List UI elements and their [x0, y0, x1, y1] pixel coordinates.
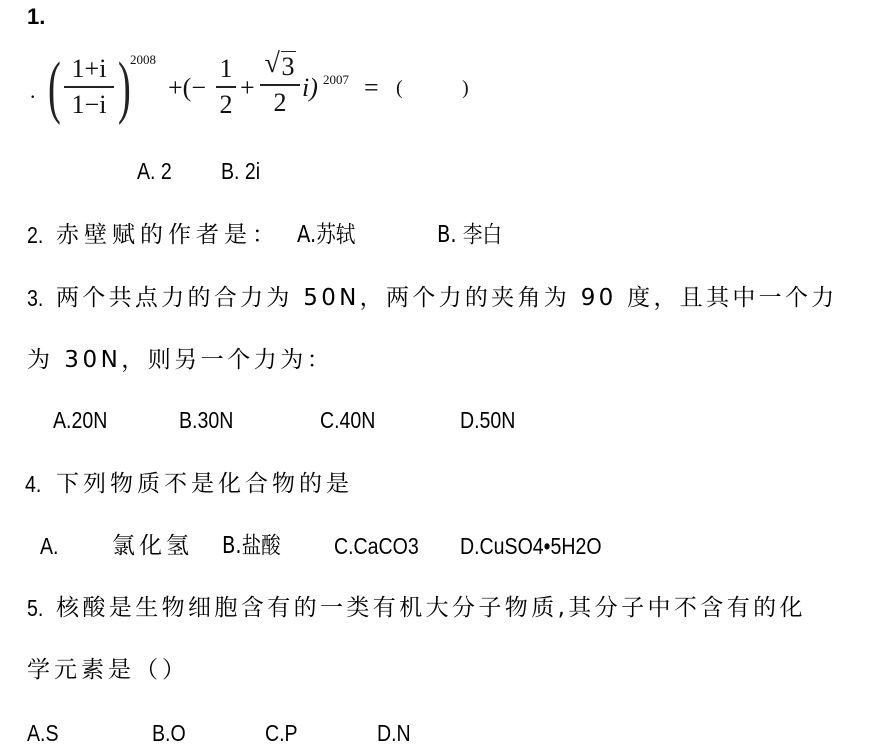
question-2-number: 2. — [27, 220, 43, 250]
question-4-number: 4. — [25, 469, 41, 499]
formula-exponent-2007: 2007 — [323, 72, 349, 88]
question-4-option-d[interactable]: D.CuSO4•5H2O — [460, 531, 602, 561]
question-5-option-b[interactable]: B.O — [152, 718, 186, 748]
question-3-option-c[interactable]: C.40N — [320, 405, 375, 435]
question-1-formula: . ( 1+i 1−i ) 2008 +(− 1 2 + 3 2 i) 2007… — [30, 48, 500, 134]
question-5-number: 5. — [27, 593, 43, 623]
question-3-option-b[interactable]: B.30N — [179, 405, 233, 435]
question-1-option-b[interactable]: B. 2i — [221, 156, 260, 186]
question-4-option-a-text[interactable]: 氯化氢 — [112, 531, 193, 561]
answer-blank-open: ( — [396, 73, 403, 103]
question-3-text-line-1: 两个共点力的合力为 50N，两个力的夹角为 90 度，且其中一个力 — [56, 283, 838, 313]
question-5-text-line-1: 核酸是生物细胞含有的一类有机大分子物质,其分子中不含有的化 — [56, 593, 806, 623]
question-5-option-a[interactable]: A.S — [27, 718, 59, 748]
question-4-option-a[interactable]: A. — [40, 531, 58, 561]
formula-i-close: i) — [302, 73, 318, 103]
question-1-number: 1. — [27, 2, 45, 32]
formula-fraction-1: 1+i 1−i — [64, 54, 114, 120]
formula-equals: = — [364, 73, 379, 103]
formula-left-paren: ( — [48, 48, 61, 128]
question-3-number: 3. — [27, 283, 43, 313]
formula-leading-dot: . — [30, 78, 36, 104]
question-4-option-b[interactable]: B.盐酸 — [222, 531, 281, 561]
answer-blank-close: ) — [462, 73, 469, 103]
formula-fraction-2: 1 2 — [216, 54, 236, 120]
question-3-text-line-2: 为 30N，则另一个力为： — [27, 345, 333, 375]
question-5-option-d[interactable]: D.N — [377, 718, 411, 748]
formula-exponent-2008: 2008 — [130, 52, 156, 68]
question-4-text: 下列物质不是化合物的是 — [56, 469, 353, 499]
formula-fraction-3: 3 2 — [260, 52, 300, 118]
question-5-text-line-2: 学元素是（） — [27, 655, 189, 685]
question-1-option-a[interactable]: A. 2 — [137, 156, 172, 186]
question-3-option-d[interactable]: D.50N — [460, 405, 515, 435]
question-3-option-a[interactable]: A.20N — [53, 405, 107, 435]
question-5-option-c[interactable]: C.P — [265, 718, 298, 748]
formula-plus: + — [240, 73, 255, 103]
question-4-option-c[interactable]: C.CaCO3 — [334, 531, 419, 561]
question-2-option-b[interactable]: B. 李白 — [437, 220, 502, 250]
question-2-option-a[interactable]: A.苏轼 — [297, 220, 355, 250]
formula-plus-open: +(− — [168, 73, 206, 103]
question-2-text: 赤壁赋的作者是： — [56, 220, 280, 250]
formula-right-paren: ) — [118, 48, 131, 128]
